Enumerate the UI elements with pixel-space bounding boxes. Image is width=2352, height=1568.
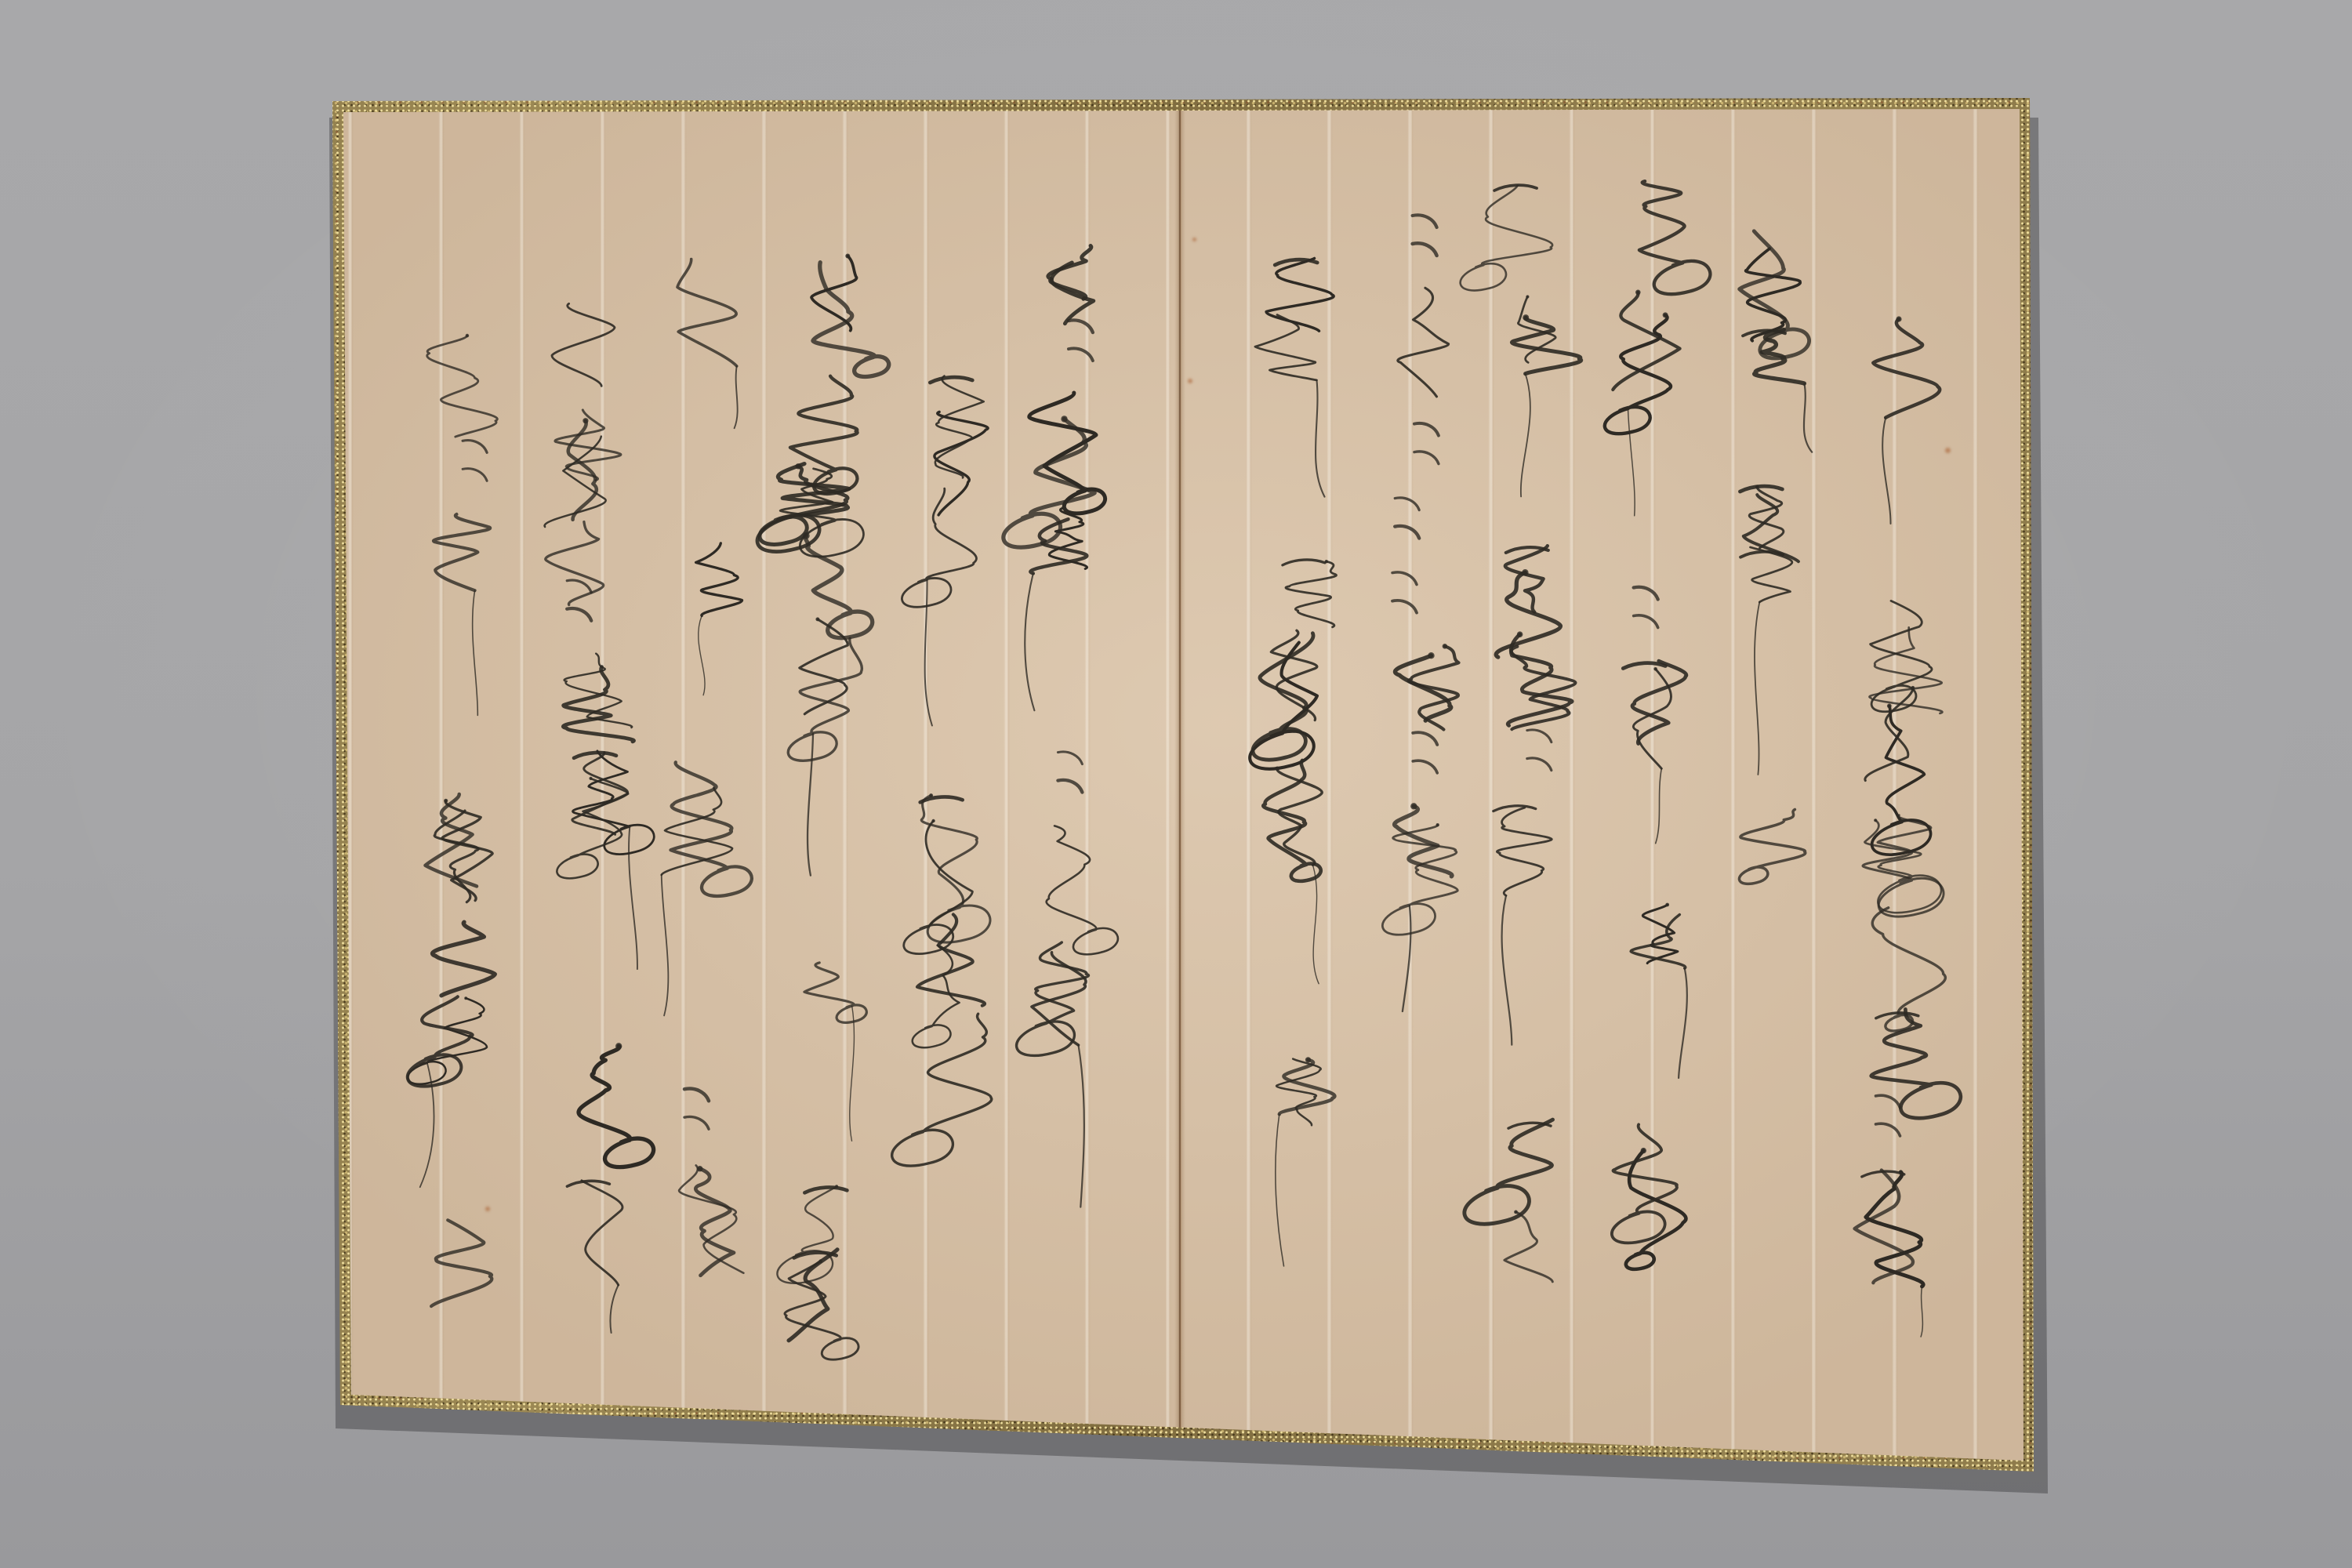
ink-stroke (1634, 615, 1658, 628)
ink-stroke (1921, 1287, 1922, 1337)
ink-stroke (1497, 808, 1552, 895)
ink-blob (1514, 1210, 1518, 1214)
ink-stroke (1634, 587, 1658, 600)
ink-stroke (1872, 706, 1931, 855)
ink-stroke (1873, 319, 1940, 418)
ink-stroke (1413, 243, 1437, 256)
calligraphy-column (892, 376, 992, 1167)
ink-stroke (735, 366, 738, 428)
ink-stroke (1740, 231, 1809, 358)
calligraphy-column (1382, 215, 1458, 1011)
ink-blob (1523, 314, 1529, 321)
ink-stroke (804, 963, 866, 1022)
ink-stroke (684, 1117, 709, 1130)
ink-stroke (696, 543, 742, 616)
ink-stroke (930, 377, 972, 383)
ink-stroke (579, 1046, 654, 1167)
ink-blob (589, 777, 592, 780)
ink-stroke (1623, 663, 1665, 669)
ink-stroke (805, 535, 872, 637)
ink-stroke (1413, 215, 1437, 227)
ink-blob (815, 617, 819, 621)
ink-stroke (1403, 906, 1410, 1011)
ink-blob (1874, 818, 1877, 822)
ink-blob (835, 1185, 838, 1188)
ink-stroke (1521, 374, 1530, 497)
ink-blob (583, 418, 588, 423)
ink-blob (1305, 1057, 1311, 1062)
ink-stroke (1316, 380, 1325, 497)
ink-stroke (695, 1169, 734, 1276)
ink-stroke (433, 922, 495, 996)
ink-stroke (760, 464, 849, 545)
calligraphy-column (1250, 259, 1336, 1266)
ink-stroke (684, 1089, 709, 1102)
ink-stroke (463, 441, 487, 453)
ink-stroke (629, 826, 637, 969)
ink-stroke (1414, 452, 1439, 464)
ink-stroke (662, 788, 732, 875)
ink-stroke (563, 667, 633, 742)
ink-stroke (662, 875, 669, 1016)
calligraphy-column (757, 254, 889, 1360)
ink-stroke (1746, 249, 1801, 341)
ink-stroke (427, 336, 498, 437)
ink-stroke (1613, 292, 1679, 390)
ink-stroke (1058, 752, 1082, 764)
calligraphy-column (1004, 245, 1118, 1207)
ink-stroke (1069, 348, 1093, 361)
ink-blob (444, 799, 448, 803)
ink-blob (1517, 631, 1523, 637)
ink-stroke (1804, 383, 1812, 452)
calligraphy-column (1461, 185, 1581, 1282)
ink-blob (803, 532, 810, 539)
ink-stroke (699, 616, 705, 695)
ink-stroke (1628, 408, 1635, 516)
ink-stroke (1502, 895, 1512, 1044)
ink-stroke (1527, 758, 1552, 771)
ink-stroke (1413, 732, 1437, 745)
ink-stroke (1279, 1060, 1335, 1114)
ink-stroke (552, 303, 615, 386)
calligraphy-column (1855, 316, 1961, 1337)
ink-stroke (788, 638, 862, 760)
ink-stroke (431, 1220, 492, 1306)
ink-stroke (1633, 669, 1671, 768)
ink-stroke (850, 1006, 855, 1141)
ink-blob (1663, 312, 1668, 318)
ink-stroke (1286, 561, 1337, 627)
ink-stroke (1395, 655, 1450, 720)
ink-blob (1641, 1148, 1646, 1153)
ink-blob (1275, 767, 1279, 771)
ink-blob (1428, 652, 1434, 659)
ink-stroke (925, 580, 932, 726)
ink-stroke (671, 762, 752, 896)
ink-blob (697, 1166, 702, 1171)
ink-stroke (892, 1014, 992, 1166)
ink-blob (1410, 803, 1417, 809)
ink-stroke (1465, 1120, 1553, 1224)
ink-stroke (1642, 905, 1678, 964)
ink-stroke (1398, 288, 1449, 397)
ink-stroke (1079, 1045, 1084, 1207)
ink-stroke (1871, 601, 1932, 711)
ink-stroke (567, 580, 591, 593)
ink-stroke (1047, 826, 1118, 954)
ink-stroke (1313, 865, 1319, 983)
ink-blob (1443, 644, 1448, 649)
ink-blob (466, 334, 470, 338)
ink-stroke (1639, 181, 1711, 294)
ink-stroke (1755, 602, 1759, 775)
photo-background (0, 0, 2352, 1568)
ink-stroke (1058, 780, 1082, 793)
ink-stroke (1882, 418, 1890, 524)
ink-stroke (1461, 186, 1552, 291)
ink-blob (1755, 485, 1759, 488)
ink-blob (845, 254, 850, 259)
ink-blob (1635, 290, 1641, 296)
ink-stroke (1679, 968, 1687, 1078)
ink-stroke (1392, 572, 1417, 585)
ink-stroke (1255, 315, 1317, 380)
ink-stroke (1626, 1151, 1686, 1269)
ink-blob (1665, 903, 1669, 907)
ink-stroke (1504, 1212, 1552, 1282)
ink-stroke (1876, 1123, 1900, 1136)
ink-stroke (1283, 560, 1325, 565)
ink-stroke (408, 998, 487, 1084)
ink-blob (464, 996, 467, 1000)
ink-stroke (1527, 730, 1552, 742)
ink-stroke (610, 1285, 618, 1333)
calligraphy-column (1605, 181, 1711, 1269)
ink-blob (1062, 506, 1065, 510)
ink-blob (931, 819, 935, 822)
ink-stroke (546, 522, 604, 605)
calligraphy-column (545, 303, 655, 1333)
ink-stroke (1069, 320, 1093, 332)
ink-blob (1896, 316, 1901, 321)
ink-blob (1522, 569, 1528, 575)
ink-stroke (813, 263, 889, 377)
ink-stroke (463, 469, 487, 481)
ink-stroke (557, 779, 628, 878)
ink-stroke (1276, 1114, 1284, 1266)
ink-blob (615, 1043, 622, 1049)
ink-stroke (1395, 498, 1419, 510)
ink-stroke (408, 996, 473, 1086)
ink-blob (1436, 823, 1439, 826)
ink-blob (1325, 560, 1328, 563)
ink-stroke (1866, 1172, 1923, 1287)
ink-stroke (808, 734, 813, 876)
ink-stroke (1876, 1095, 1900, 1108)
calligraphy-ink-layer (0, 0, 2352, 1568)
ink-stroke (1505, 546, 1548, 612)
ink-stroke (1266, 259, 1334, 332)
ink-stroke (1496, 572, 1560, 657)
ink-blob (796, 463, 801, 469)
ink-stroke (473, 590, 478, 715)
ink-blob (1061, 416, 1067, 422)
ink-blob (818, 1259, 822, 1263)
ink-stroke (1395, 526, 1419, 539)
ink-blob (1526, 295, 1529, 298)
ink-stroke (785, 1261, 858, 1360)
ink-stroke (572, 753, 628, 835)
ink-stroke (1025, 573, 1034, 710)
calligraphy-column (1739, 231, 1812, 884)
calligraphy-column (662, 260, 752, 1276)
ink-stroke (1051, 263, 1093, 324)
ink-stroke (582, 1181, 622, 1285)
ink-blob (1911, 686, 1915, 690)
ink-stroke (1413, 760, 1437, 773)
ink-stroke (1392, 601, 1417, 613)
ink-stroke (913, 946, 960, 1047)
ink-stroke (574, 753, 616, 758)
ink-stroke (434, 514, 490, 590)
ink-stroke (1739, 810, 1805, 884)
ink-stroke (902, 488, 976, 607)
ink-stroke (1749, 487, 1784, 548)
ink-stroke (1656, 768, 1662, 843)
ink-stroke (677, 260, 737, 366)
ink-stroke (1605, 315, 1671, 434)
calligraphy-column (408, 334, 498, 1306)
ink-stroke (904, 821, 973, 954)
ink-stroke (1612, 1124, 1677, 1243)
ink-blob (1887, 704, 1892, 709)
ink-stroke (567, 608, 591, 621)
ink-stroke (1414, 423, 1439, 436)
ink-blob (929, 793, 933, 797)
ink-blob (1653, 667, 1657, 671)
